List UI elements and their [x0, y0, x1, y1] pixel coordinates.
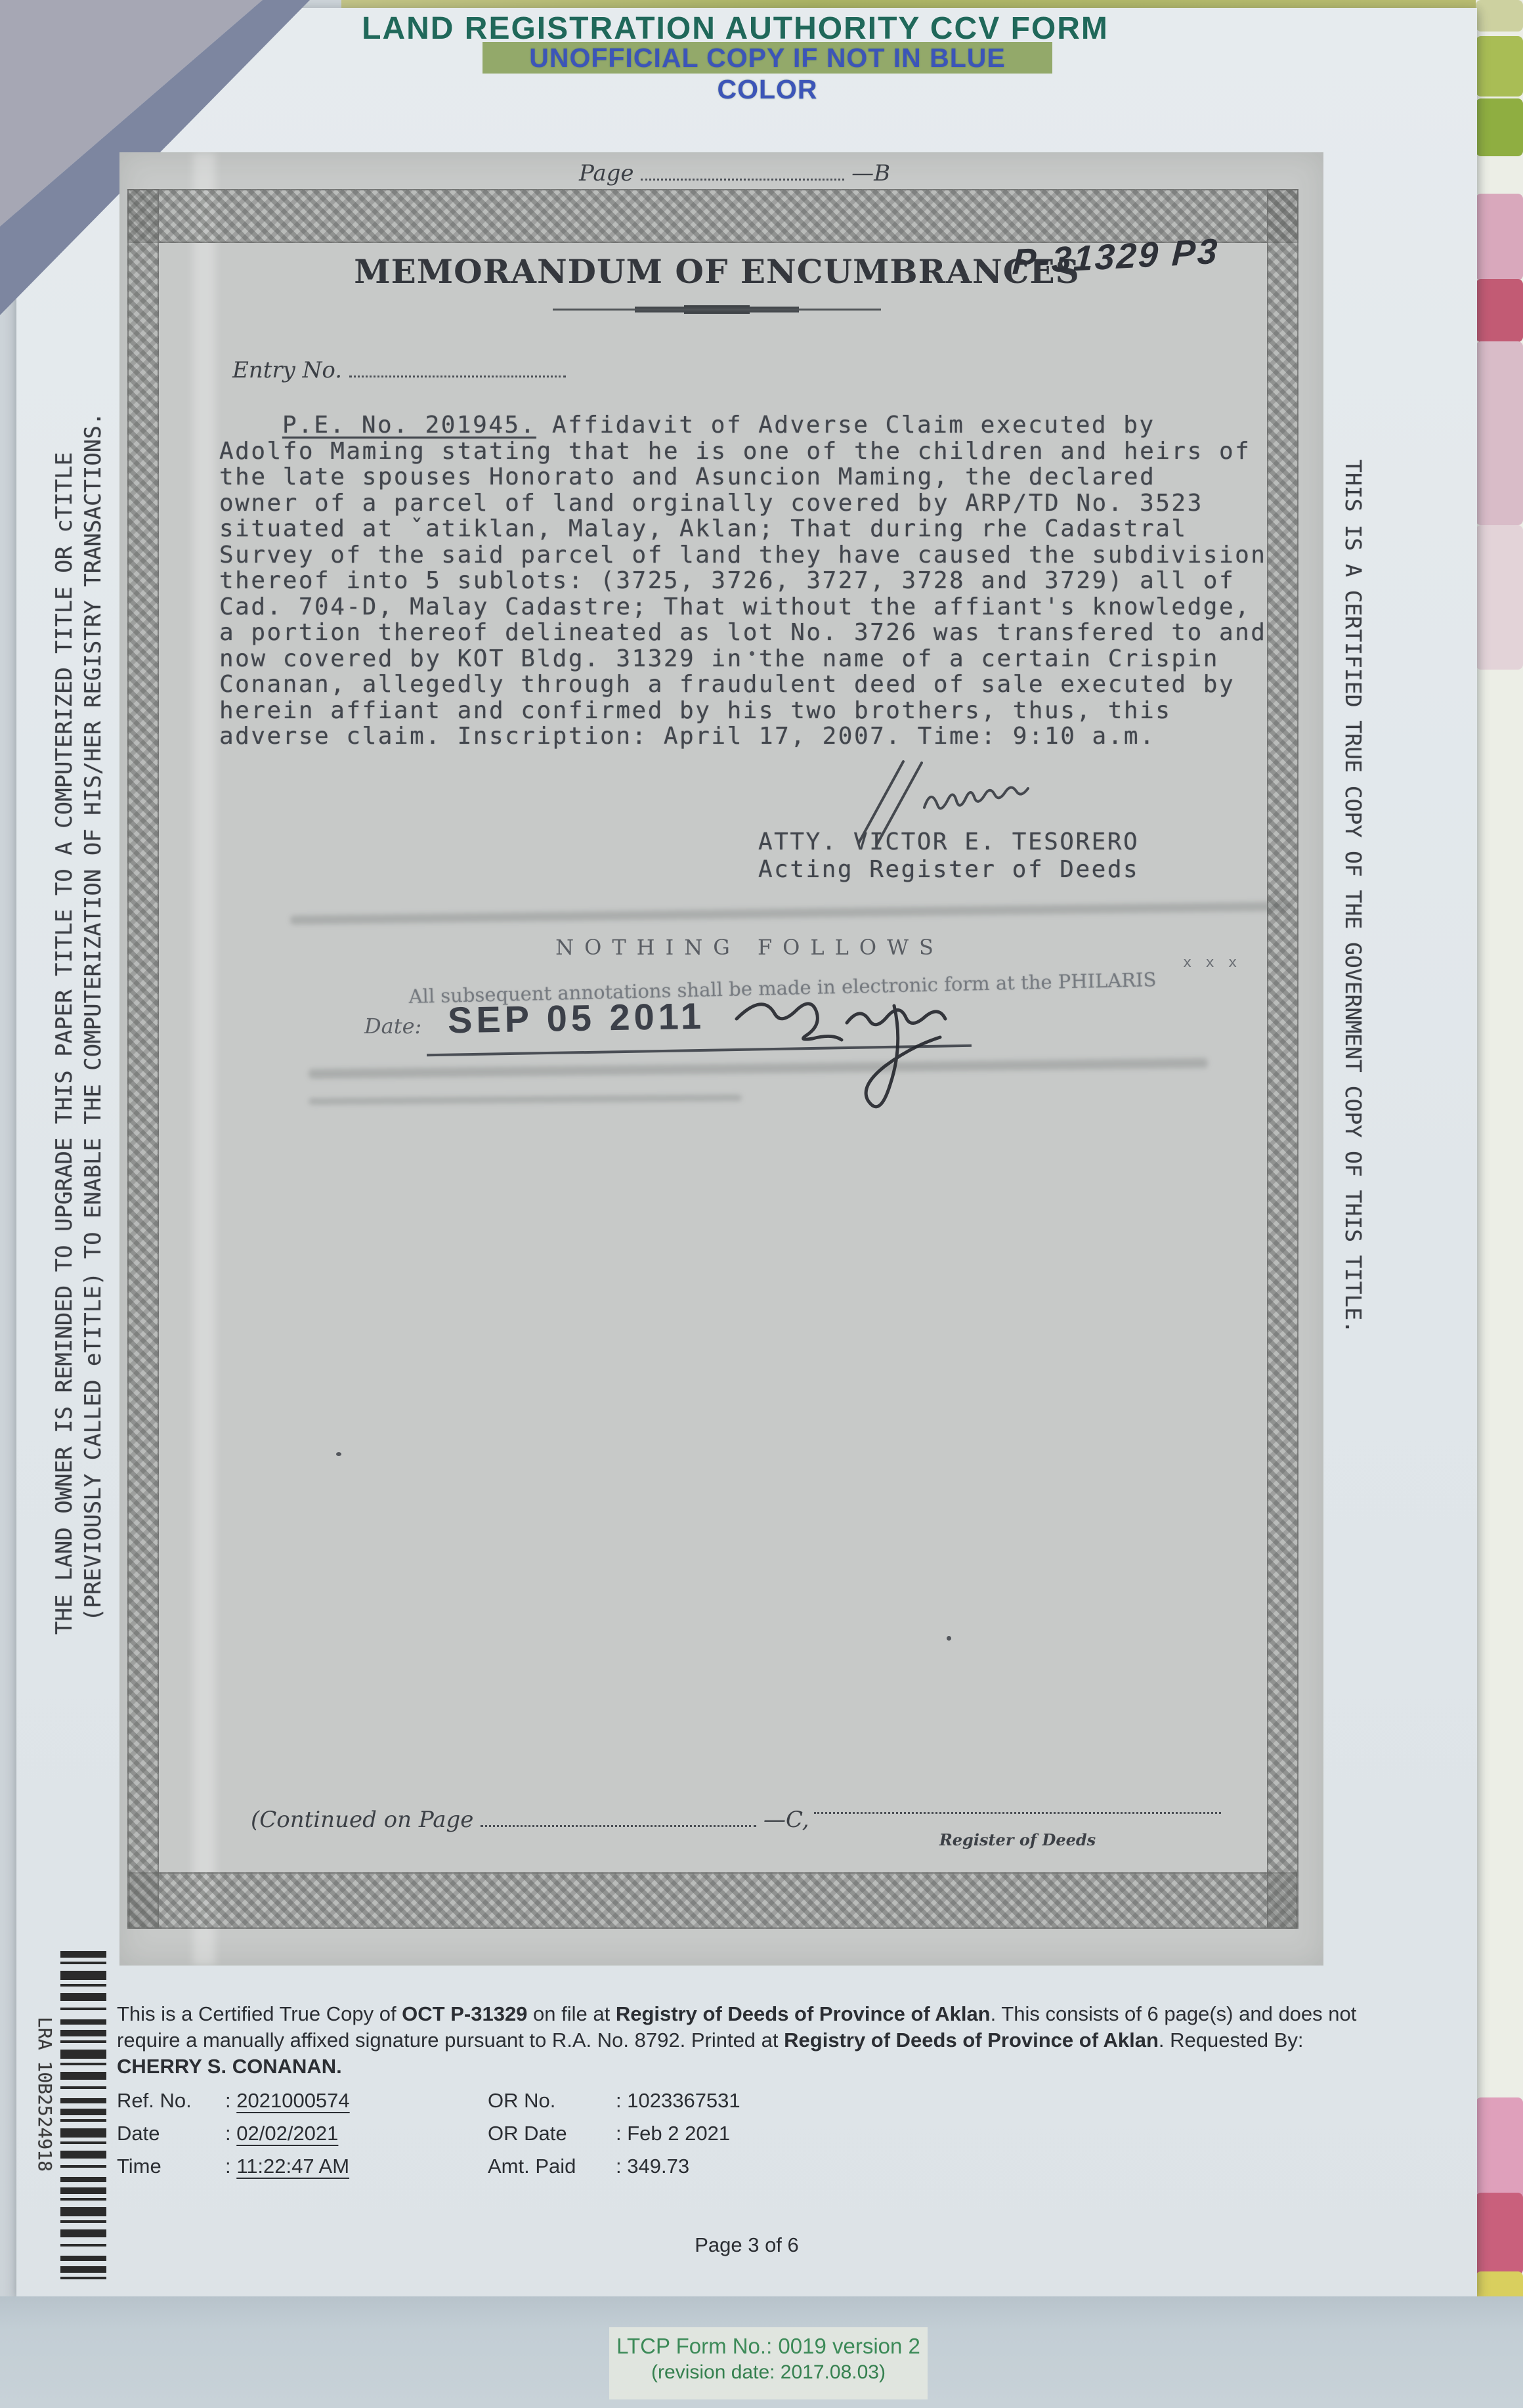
registry-name: Registry of Deeds of Province of Aklan	[616, 2002, 991, 2025]
floral-blob	[1476, 279, 1523, 342]
stamp-signature-ink	[730, 979, 1045, 1124]
page-indicator: Page 3 of 6	[16, 2233, 1477, 2257]
amt-paid-label: Amt. Paid	[488, 2155, 616, 2178]
page-number-line: Page —B	[579, 160, 1039, 186]
receipt-row: Date : 02/02/2021 OR Date : Feb 2 2021	[117, 2122, 970, 2155]
page-dotted-leader	[641, 161, 844, 181]
or-no-label: OR No.	[488, 2089, 616, 2113]
floral-blob	[1476, 0, 1523, 32]
date-value: 02/02/2021	[236, 2122, 338, 2145]
floral-blob	[1476, 36, 1523, 97]
ltcp-revision-date: (revision date: 2017.08.03)	[609, 2361, 928, 2384]
scanned-title-page: Page —B MEMORANDUM OF ENCUMBRANCES P-313…	[119, 152, 1323, 1966]
page-label: Page	[579, 160, 634, 186]
or-date-label: OR Date	[488, 2122, 616, 2145]
floral-blob	[1476, 2193, 1523, 2275]
floral-blob	[1476, 98, 1523, 156]
registrar-title: Acting Register of Deeds	[758, 856, 1139, 883]
nothing-follows-text: NOTHING FOLLOWS	[303, 935, 1196, 960]
ref-no-label: Ref. No.	[117, 2089, 225, 2113]
registrar-name: ATTY. VICTOR E. TESORERO	[758, 828, 1139, 855]
certification-paragraph: This is a Certified True Copy of OCT P-3…	[117, 2001, 1381, 2080]
entry-no-line: Entry No.	[232, 357, 566, 383]
or-date-value: Feb 2 2021	[627, 2122, 730, 2145]
receipt-row: Ref. No. : 2021000574 OR No. : 102336753…	[117, 2089, 970, 2122]
ref-no-value: 2021000574	[236, 2089, 349, 2112]
border-band-top	[127, 189, 1298, 243]
entry-dotted-leader	[349, 358, 566, 377]
photo-of-document: LAND REGISTRATION AUTHORITY CCV FORM UNO…	[0, 0, 1523, 2408]
floral-blob	[1476, 525, 1523, 670]
amt-paid-value: 349.73	[627, 2155, 689, 2178]
register-of-deeds-signline	[814, 1812, 1221, 1814]
floral-blob	[1476, 194, 1523, 280]
memo-line: owner of a parcel of land orginally cove…	[219, 490, 1302, 517]
border-band-bottom	[129, 1872, 1297, 1929]
stamp-date-label: Date:	[364, 1014, 421, 1039]
floral-blob	[1476, 341, 1523, 525]
date-label: Date	[117, 2122, 225, 2145]
ink-speck	[750, 651, 754, 656]
right-margin-notice: THIS IS A CERTIFIED TRUE COPY OF THE GOV…	[1341, 460, 1366, 1392]
requested-by-name: CHERRY S. CONANAN.	[117, 2055, 342, 2078]
ink-speck	[336, 1452, 341, 1456]
memo-line: Cad. 704-D, Malay Cadastre; That without…	[219, 594, 1302, 620]
memo-line: thereof into 5 sublots: (3725, 3726, 372…	[219, 568, 1302, 594]
memo-line: Survey of the said parcel of land they h…	[219, 542, 1302, 569]
continued-on-page-line: (Continued on Page —C,	[251, 1807, 809, 1833]
time-value: 11:22:47 AM	[236, 2155, 349, 2178]
memorandum-title: MEMORANDUM OF ENCUMBRANCES	[336, 252, 1098, 291]
memo-line: Conanan, allegedly through a fraudulent …	[219, 672, 1302, 698]
registry-name: Registry of Deeds of Province of Aklan	[784, 2029, 1159, 2052]
lra-ccv-form-header: LAND REGISTRATION AUTHORITY CCV FORM	[144, 11, 1326, 47]
left-margin-notice-line1: THE LAND OWNER IS REMINDED TO UPGRADE TH…	[51, 387, 77, 1635]
stamp-date-value: SEP 05 2011	[447, 995, 705, 1042]
border-band-left	[127, 189, 159, 1929]
title-ornament-rule	[540, 305, 894, 314]
scan-light-streak	[193, 152, 215, 1966]
page-suffix: —B	[851, 160, 890, 186]
smudge-streak	[309, 1094, 742, 1105]
ink-speck	[947, 1636, 951, 1641]
pe-number: P.E. No. 201945.	[282, 412, 536, 439]
entry-label: Entry No.	[232, 357, 342, 383]
left-margin-notice-line2: (PREVIOUSLY CALLED eTITLE) TO ENABLE THE…	[80, 387, 106, 1622]
memo-line: P.E. No. 201945. Affidavit of Adverse Cl…	[219, 412, 1302, 439]
continued-dotted-leader	[481, 1808, 756, 1827]
oct-number: OCT P-31329	[402, 2002, 527, 2025]
memo-line: now covered by KOT Bldg. 31329 in the na…	[219, 646, 1302, 672]
barcode-label: LRA 10B2524918	[34, 2017, 56, 2253]
receipt-row: Time : 11:22:47 AM Amt. Paid : 349.73	[117, 2155, 970, 2187]
register-of-deeds-label: Register of Deeds	[814, 1830, 1221, 1849]
time-label: Time	[117, 2155, 225, 2178]
adverse-claim-paragraph: P.E. No. 201945. Affidavit of Adverse Cl…	[219, 412, 1302, 750]
ltcp-form-number: LTCP Form No.: 0019 version 2	[609, 2334, 928, 2359]
floral-blob	[1476, 2097, 1523, 2203]
memo-line: situated at ˇatiklan, Malay, Aklan; That…	[219, 516, 1302, 542]
receipt-details: Ref. No. : 2021000574 OR No. : 102336753…	[117, 2089, 970, 2187]
memo-line: herein affiant and confirmed by his two …	[219, 698, 1302, 724]
memo-line: the late spouses Honorato and Asuncion M…	[219, 464, 1302, 490]
or-no-value: 1023367531	[627, 2089, 740, 2112]
lra-barcode	[60, 1951, 106, 2279]
memo-line: a portion thereof delineated as lot No. …	[219, 620, 1302, 646]
ltcp-form-footer: LTCP Form No.: 0019 version 2 (revision …	[609, 2327, 928, 2399]
smudge-streak	[290, 901, 1288, 924]
memo-line: adverse claim. Inscription: April 17, 20…	[219, 723, 1302, 750]
memo-line: Adolfo Maming stating that he is one of …	[219, 439, 1302, 465]
floral-background-strip	[1476, 0, 1523, 2408]
unofficial-copy-banner: UNOFFICIAL COPY IF NOT IN BLUE COLOR	[483, 42, 1052, 74]
